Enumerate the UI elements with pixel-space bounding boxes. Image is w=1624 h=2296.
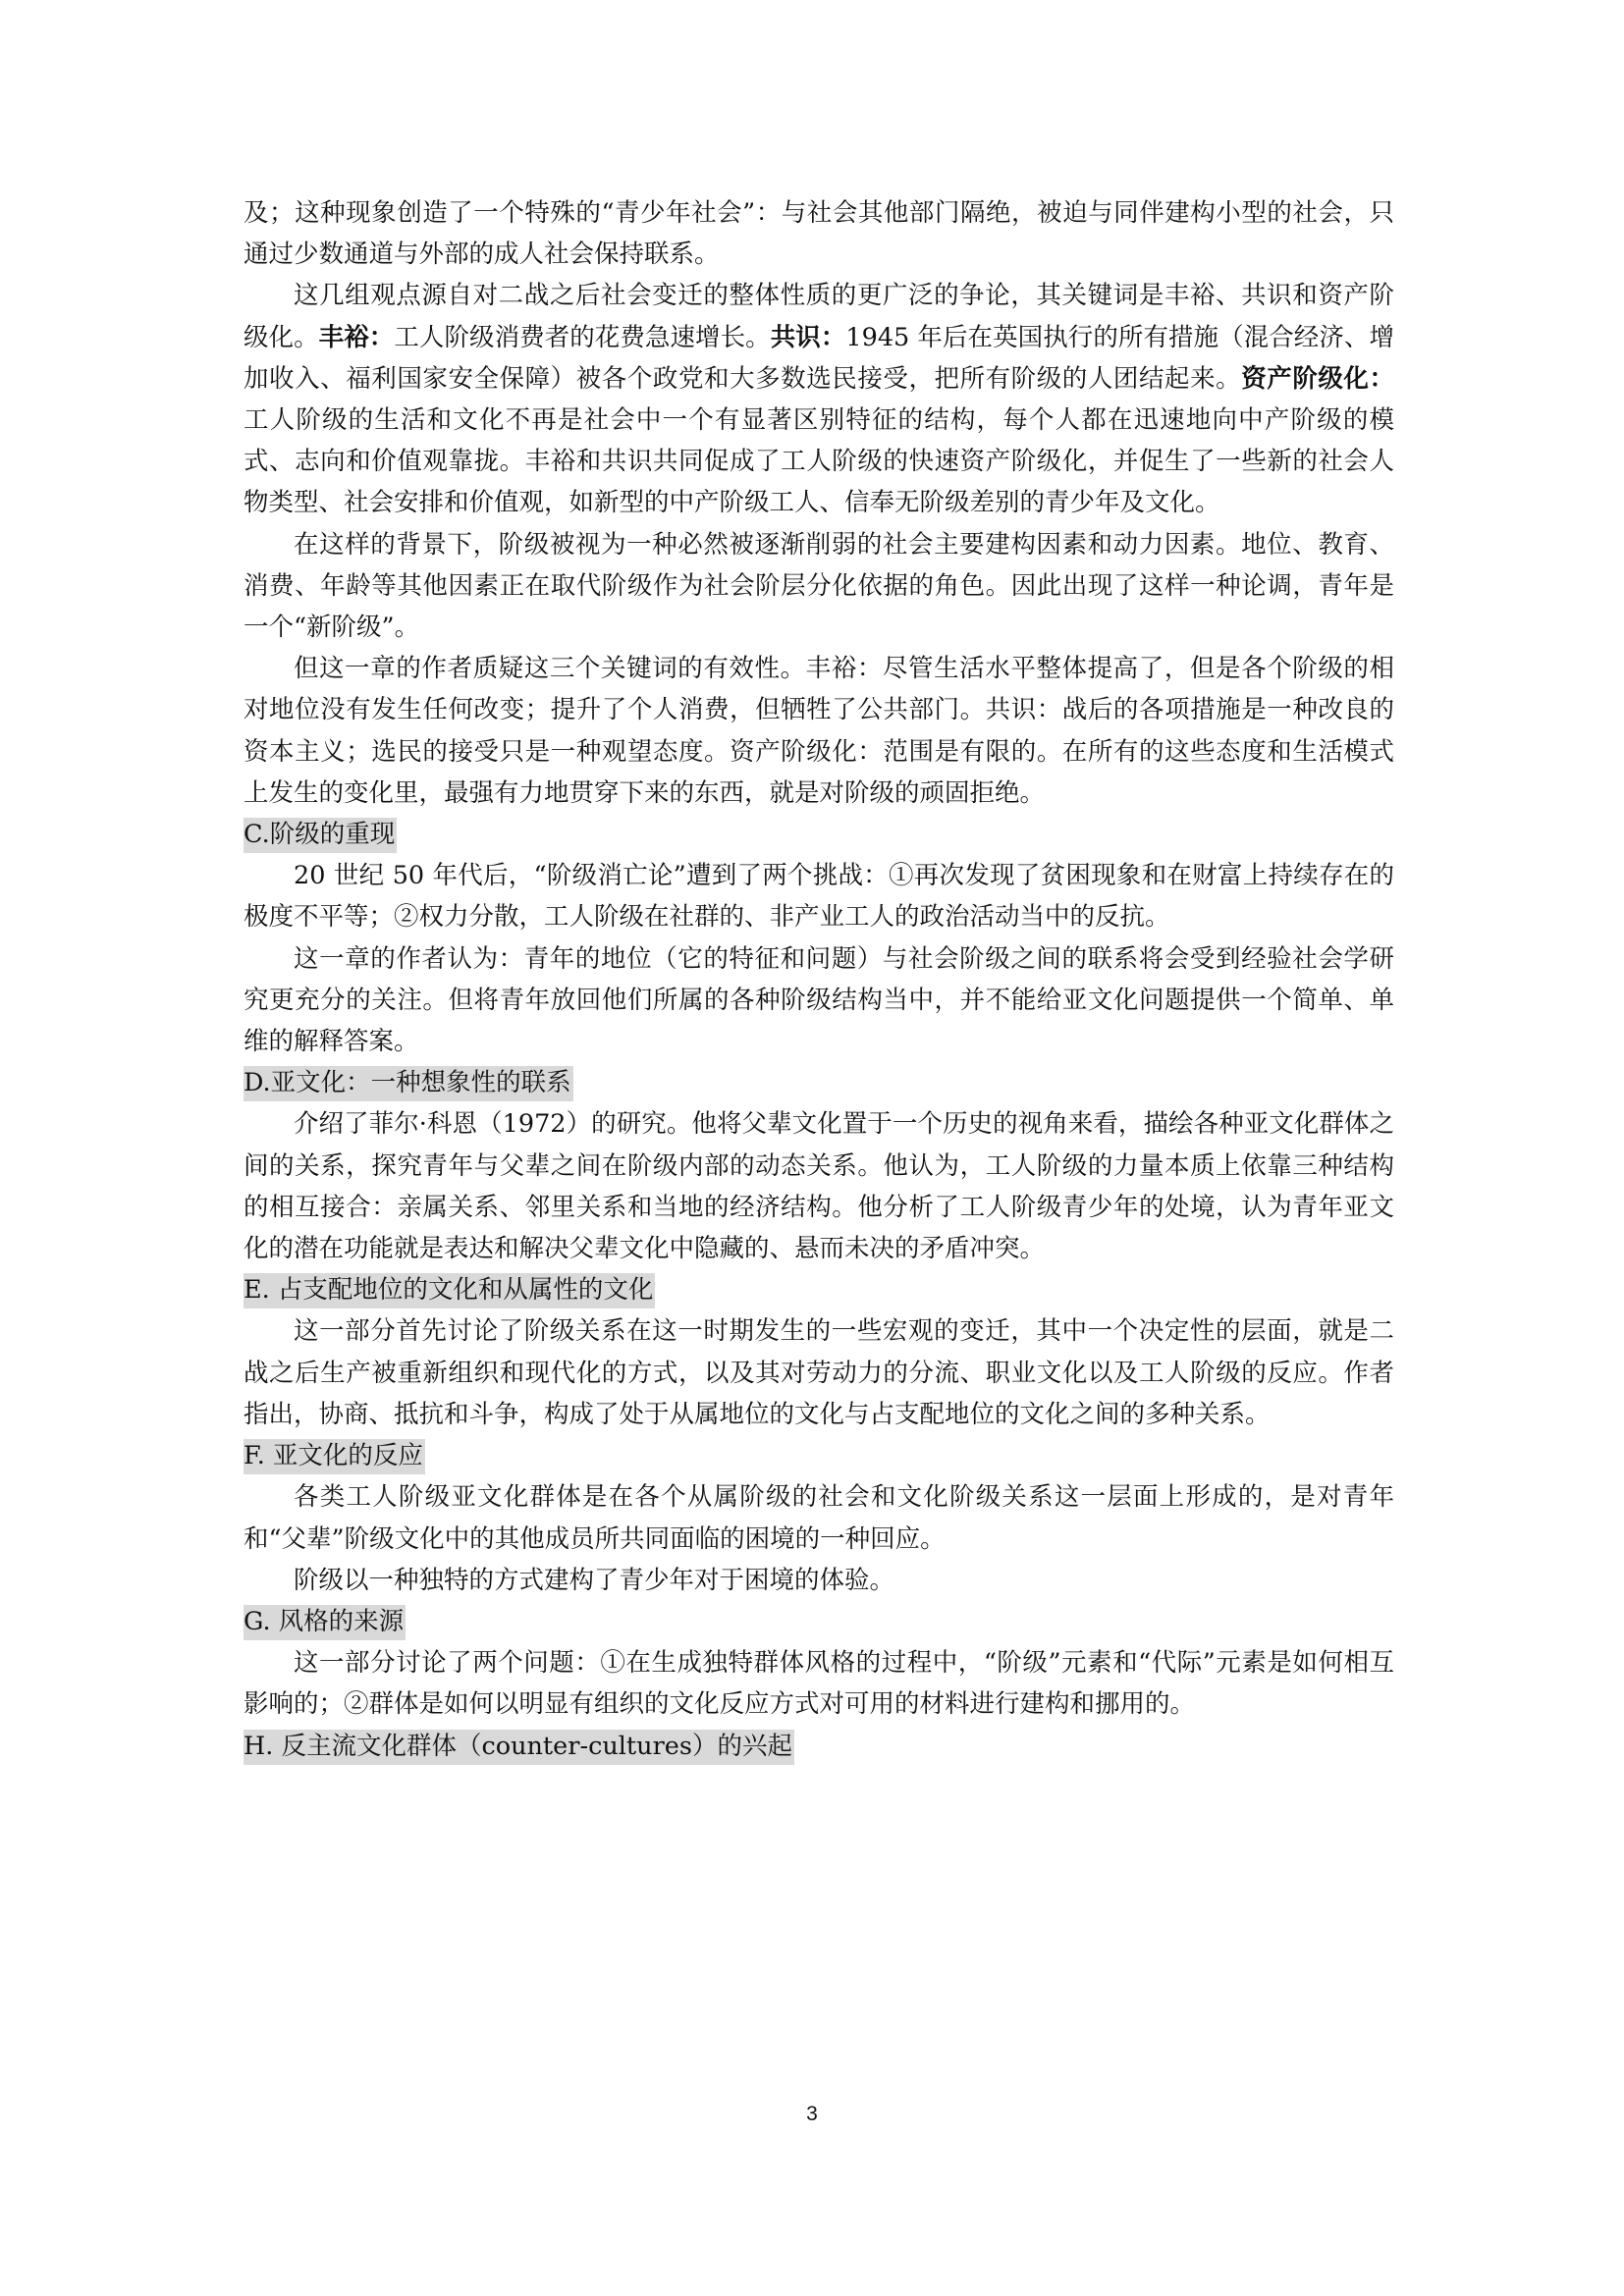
section-heading-h: H. 反主流文化群体（counter-cultures）的兴起 [244, 1726, 1394, 1767]
section-heading-d: D.亚文化：一种想象性的联系 [244, 1062, 1394, 1103]
text-run: 及；这种现象创造了一个特殊的“青少年社会”：与社会其他部门隔绝，被迫与同伴建构小… [244, 198, 1394, 269]
text-run: 阶级以一种独特的方式建构了青少年对于困境的体验。 [294, 1566, 894, 1595]
text-run: 这一章的作者认为：青年的地位（它的特征和问题）与社会阶级之间的联系将会受到经验社… [244, 944, 1394, 1056]
section-heading-e: E. 占支配地位的文化和从属性的文化 [244, 1269, 1394, 1310]
heading-text: E. 占支配地位的文化和从属性的文化 [244, 1273, 655, 1308]
text-run: 各类工人阶级亚文化群体是在各个从属阶级的社会和文化阶级关系这一层面上形成的，是对… [244, 1482, 1394, 1553]
bold-term-embourgeoisement: 资产阶级化： [1241, 364, 1394, 394]
text-run: 工人阶级的生活和文化不再是社会中一个有显著区别特征的结构，每个人都在迅速地向中产… [244, 405, 1394, 517]
bold-term-affluence: 丰裕： [319, 323, 395, 352]
document-page: 及；这种现象创造了一个特殊的“青少年社会”：与社会其他部门隔绝，被迫与同伴建构小… [244, 192, 1394, 1767]
paragraph-keywords: 这几组观点源自对二战之后社会变迁的整体性质的更广泛的争论，其关键词是丰裕、共识和… [244, 275, 1394, 523]
paragraph: 介绍了菲尔·科恩（1972）的研究。他将父辈文化置于一个历史的视角来看，描绘各种… [244, 1103, 1394, 1269]
paragraph: 这一部分首先讨论了阶级关系在这一时期发生的一些宏观的变迁，其中一个决定性的层面，… [244, 1310, 1394, 1435]
heading-text: D.亚文化：一种想象性的联系 [244, 1066, 573, 1101]
heading-text: C.阶级的重现 [244, 818, 397, 853]
section-heading-c: C.阶级的重现 [244, 814, 1394, 855]
paragraph-continuation: 及；这种现象创造了一个特殊的“青少年社会”：与社会其他部门隔绝，被迫与同伴建构小… [244, 192, 1394, 275]
text-run: 这一部分讨论了两个问题：①在生成独特群体风格的过程中，“阶级”元素和“代际”元素… [244, 1648, 1394, 1719]
paragraph: 20 世纪 50 年代后，“阶级消亡论”遭到了两个挑战：①再次发现了贫困现象和在… [244, 855, 1394, 937]
text-run: 但这一章的作者质疑这三个关键词的有效性。丰裕：尽管生活水平整体提高了，但是各个阶… [244, 654, 1394, 808]
paragraph: 在这样的背景下，阶级被视为一种必然被逐渐削弱的社会主要建构因素和动力因素。地位、… [244, 524, 1394, 649]
paragraph: 这一部分讨论了两个问题：①在生成独特群体风格的过程中，“阶级”元素和“代际”元素… [244, 1642, 1394, 1725]
text-run: 在这样的背景下，阶级被视为一种必然被逐渐削弱的社会主要建构因素和动力因素。地位、… [244, 530, 1394, 642]
paragraph: 但这一章的作者质疑这三个关键词的有效性。丰裕：尽管生活水平整体提高了，但是各个阶… [244, 648, 1394, 814]
text-run: 介绍了菲尔·科恩（1972）的研究。他将父辈文化置于一个历史的视角来看，描绘各种… [244, 1109, 1394, 1263]
heading-text: F. 亚文化的反应 [244, 1439, 425, 1474]
text-run: 20 世纪 50 年代后，“阶级消亡论”遭到了两个挑战：①再次发现了贫困现象和在… [244, 861, 1394, 932]
bold-term-consensus: 共识： [771, 323, 846, 352]
paragraph: 阶级以一种独特的方式建构了青少年对于困境的体验。 [244, 1560, 1394, 1601]
section-heading-g: G. 风格的来源 [244, 1601, 1394, 1642]
paragraph: 这一章的作者认为：青年的地位（它的特征和问题）与社会阶级之间的联系将会受到经验社… [244, 938, 1394, 1063]
text-run: 这一部分首先讨论了阶级关系在这一时期发生的一些宏观的变迁，其中一个决定性的层面，… [244, 1316, 1394, 1428]
section-heading-f: F. 亚文化的反应 [244, 1435, 1394, 1476]
page-number: 3 [0, 2103, 1624, 2126]
paragraph: 各类工人阶级亚文化群体是在各个从属阶级的社会和文化阶级关系这一层面上形成的，是对… [244, 1476, 1394, 1559]
text-run: 工人阶级消费者的花费急速增长。 [394, 323, 770, 352]
heading-text: G. 风格的来源 [244, 1605, 406, 1640]
heading-text: H. 反主流文化群体（counter-cultures）的兴起 [244, 1730, 794, 1765]
